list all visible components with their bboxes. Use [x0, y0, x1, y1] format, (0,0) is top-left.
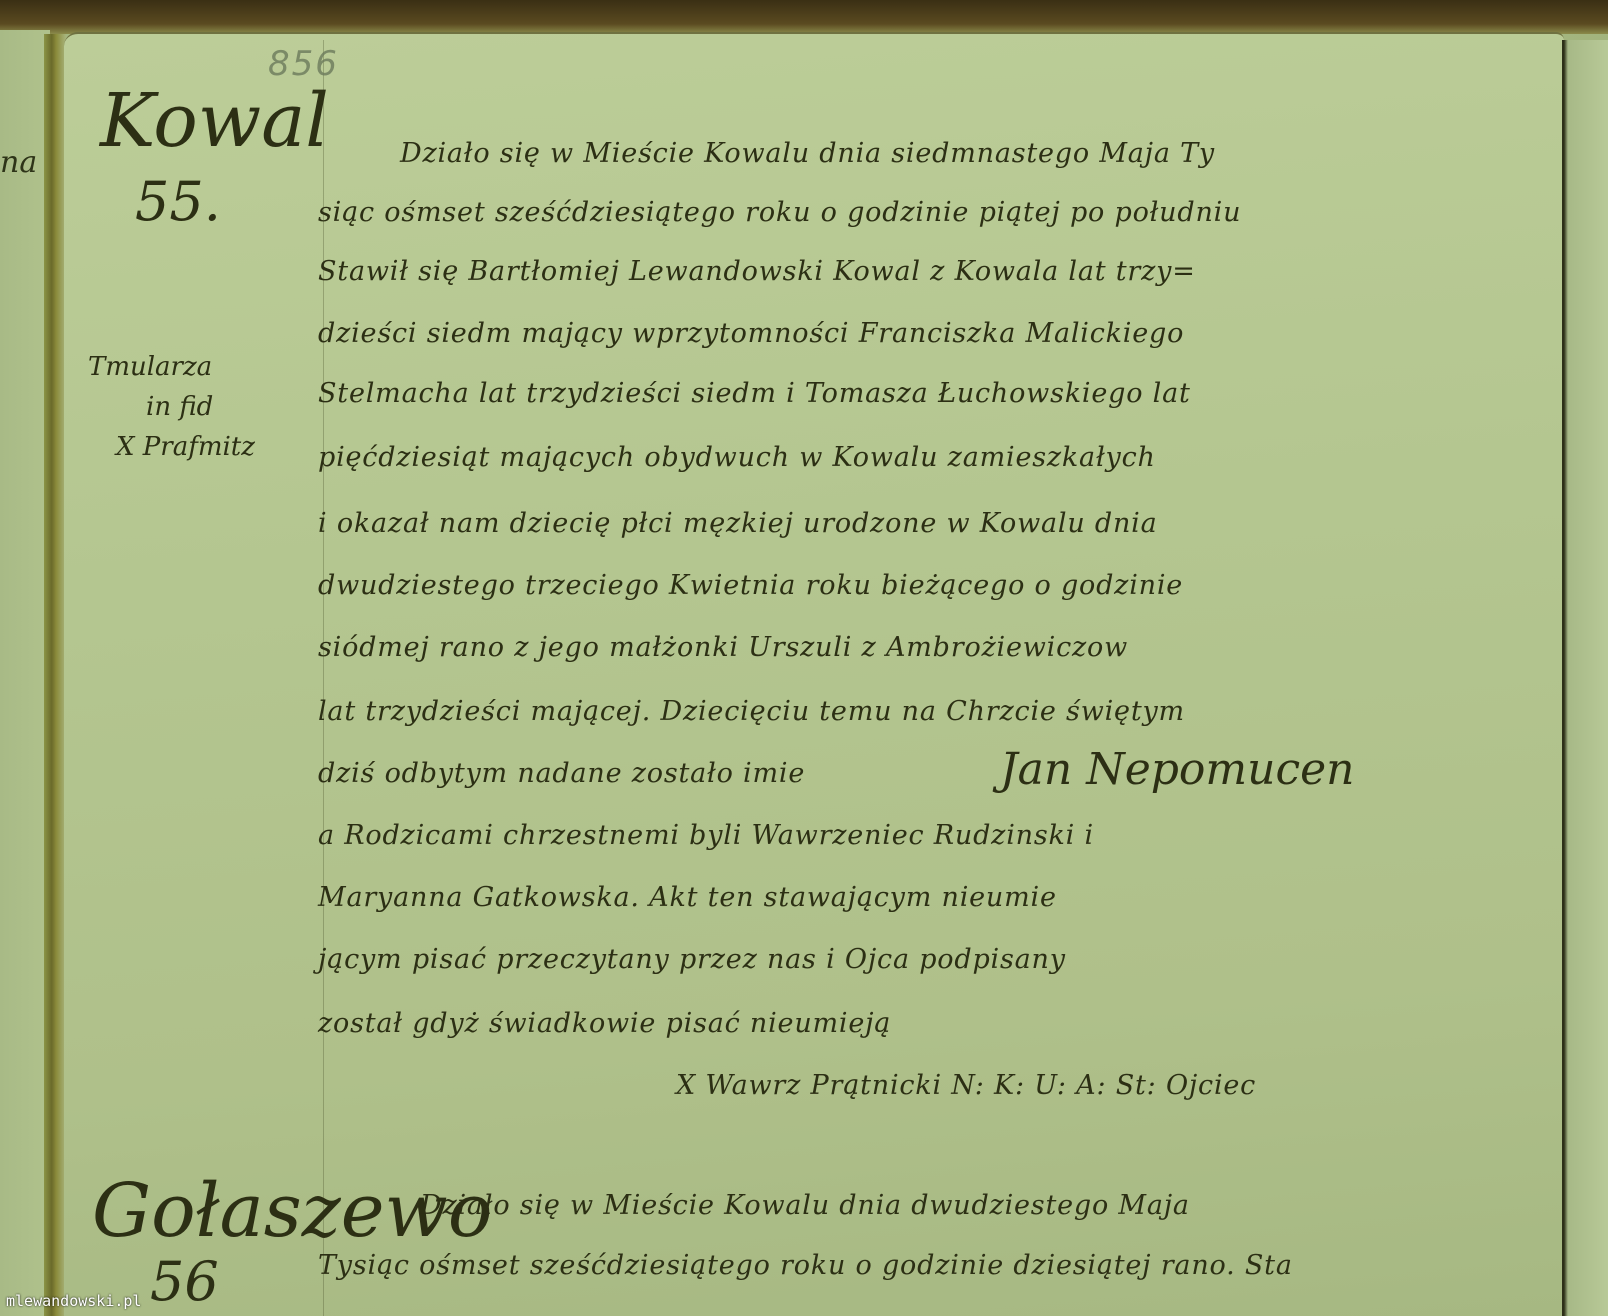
margin-note-line: in fid — [146, 392, 213, 422]
record-line: a Rodzicami chrzestnemi byli Wawrzeniec … — [318, 820, 1094, 851]
given-name: Jan Nepomucen — [1000, 744, 1354, 795]
entry-place-name: Kowal — [100, 78, 329, 164]
record-line: lat trzydzieści mającej. Dziecięciu temu… — [318, 696, 1185, 727]
record-line: Stelmacha lat trzydzieści siedm i Tomasz… — [318, 378, 1191, 409]
record-line: Działo się w Mieście Kowalu dnia siedmna… — [400, 138, 1215, 169]
record-line: Działo się w Mieście Kowalu dnia dwudzie… — [420, 1190, 1190, 1221]
record-line: pięćdziesiąt mających obydwuch w Kowalu … — [318, 442, 1156, 473]
book-binding-left — [44, 34, 66, 1316]
record-line: Tysiąc ośmset sześćdziesiątego roku o go… — [318, 1250, 1293, 1281]
record-line: siąc ośmset sześćdziesiątego roku o godz… — [318, 197, 1241, 228]
watermark: mlewandowski.pl — [6, 1292, 141, 1310]
margin-note-line: Tmularza — [88, 352, 212, 382]
record-line: i okazał nam dziecię płci męzkiej urodzo… — [318, 508, 1158, 539]
margin-rule — [323, 40, 324, 1316]
record-line: dziś odbytym nadane zostało imie — [318, 758, 805, 789]
entry-record-number: 55. — [135, 170, 221, 233]
book-top-edge — [0, 0, 1608, 34]
record-line: dzieści siedm mający wprzytomności Franc… — [318, 318, 1184, 349]
entry-record-number: 56 — [150, 1250, 219, 1313]
left-page-text-fragment: na — [0, 145, 37, 180]
margin-note-line: X Prafmitz — [116, 432, 255, 462]
record-signature: X Wawrz Prątnicki N: K: U: A: St: Ojciec — [676, 1070, 1256, 1101]
record-line: został gdyż świadkowie pisać nieumieją — [318, 1008, 891, 1039]
record-line: jącym pisać przeczytany przez nas i Ojca… — [318, 944, 1066, 975]
record-line: Maryanna Gatkowska. Akt ten stawającym n… — [318, 882, 1057, 913]
left-page-strip — [0, 30, 50, 1316]
record-line: siódmej rano z jego małżonki Urszuli z A… — [318, 632, 1128, 663]
record-line: dwudziestego trzeciego Kwietnia roku bie… — [318, 570, 1183, 601]
record-line: Stawił się Bartłomiej Lewandowski Kowal … — [318, 256, 1196, 287]
next-page-edge — [1562, 40, 1608, 1316]
